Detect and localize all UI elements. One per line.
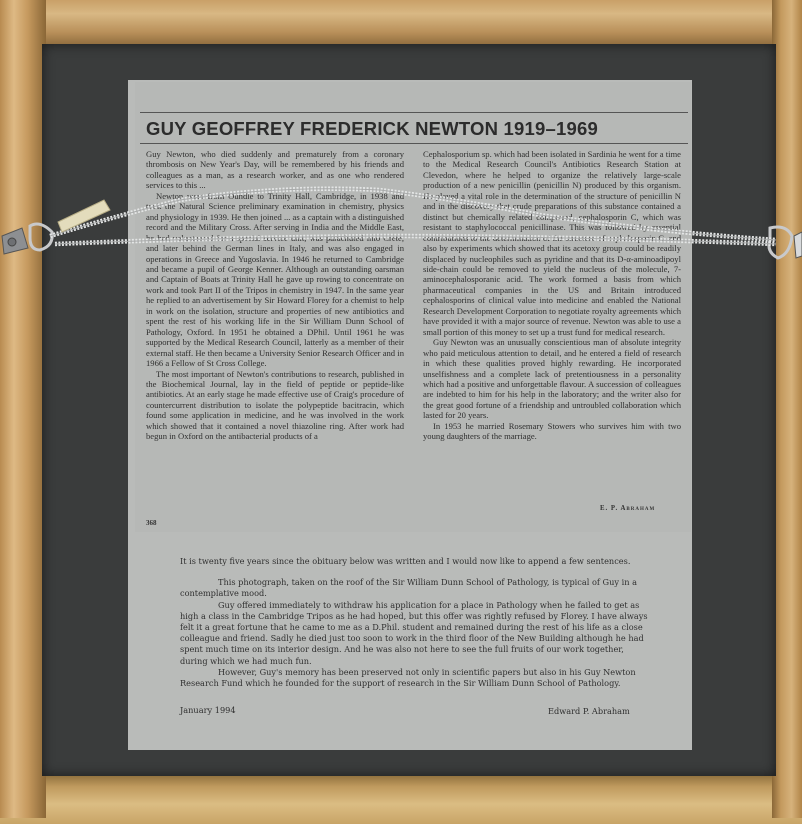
hanging-wire-cord: [0, 0, 802, 824]
left-hanging-bracket-icon: [2, 224, 52, 254]
